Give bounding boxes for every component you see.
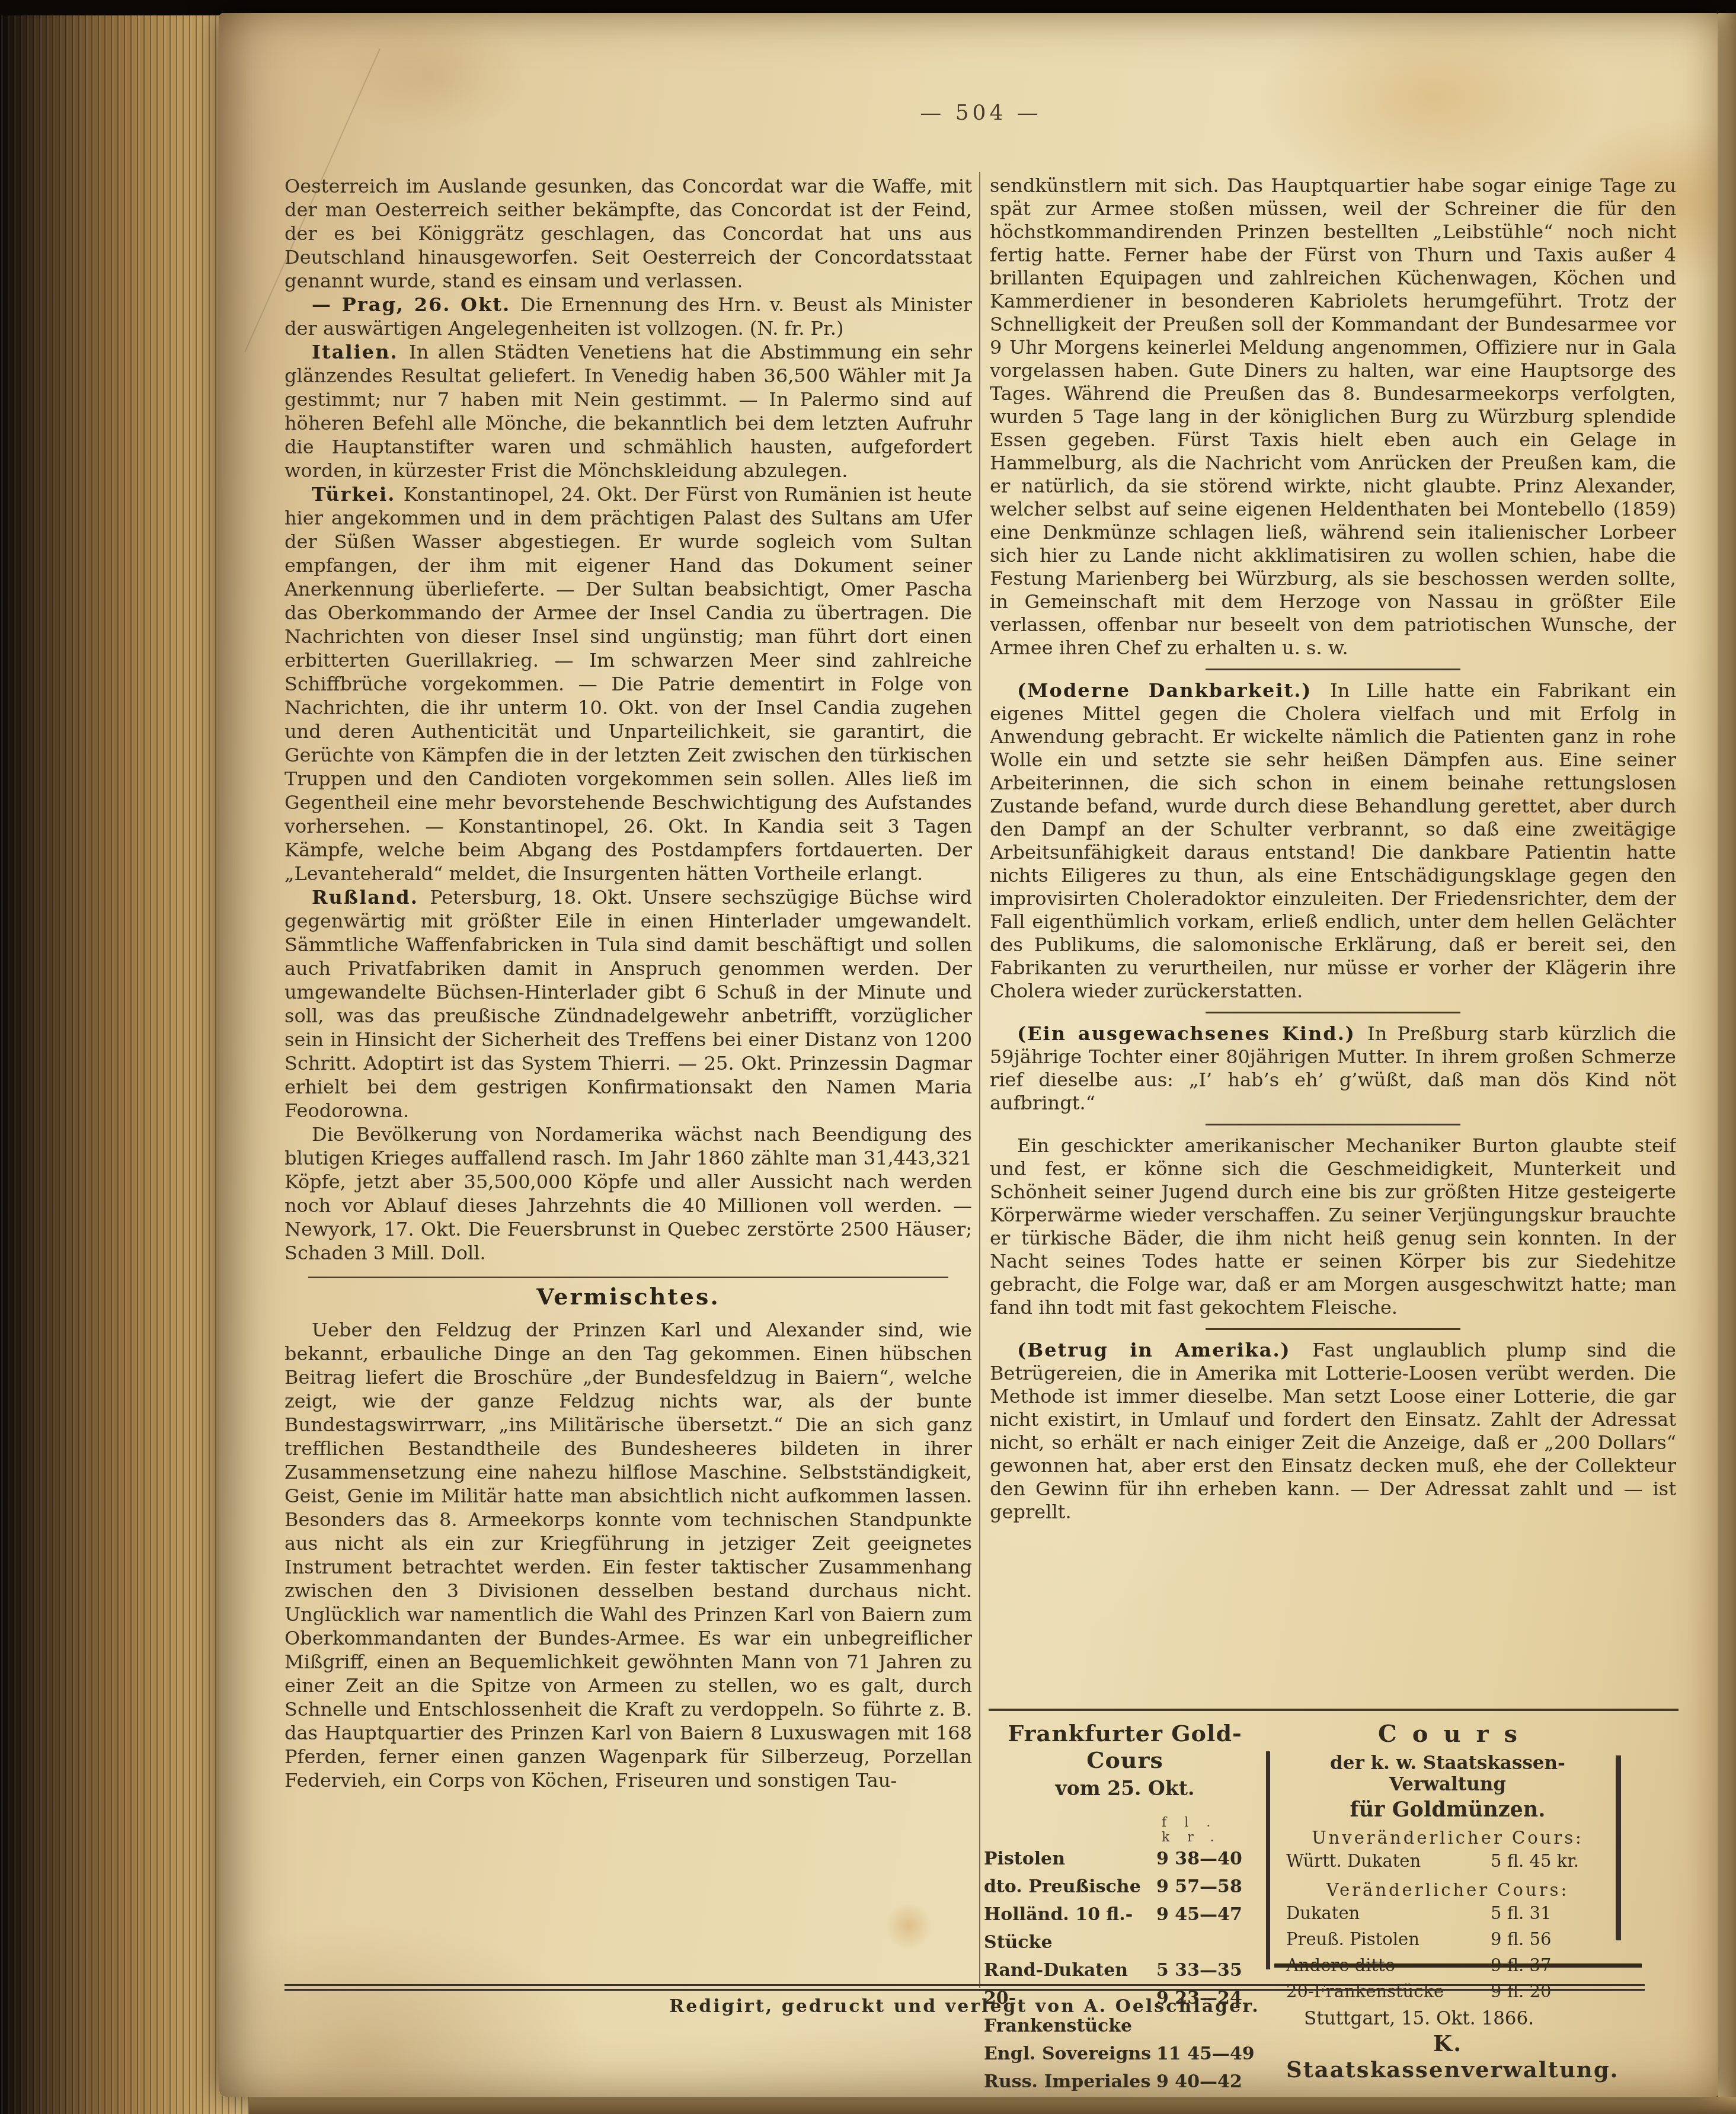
- item-divider-rule: [1206, 1012, 1460, 1013]
- scanned-newspaper-page: — 504 — Oesterreich im Auslande gesunken…: [0, 0, 1736, 2114]
- table-row: Rand-Dukaten5 33—35: [984, 1956, 1266, 1984]
- table-row: Württ. Dukaten5 fl. 45 kr.: [1286, 1848, 1609, 1874]
- staatskassen-subtitle1: der k. w. Staatskassen-Verwaltung: [1286, 1752, 1609, 1795]
- paragraph: Ein geschickter amerikanischer Mechanike…: [990, 1134, 1676, 1319]
- book-page-edges: [0, 0, 255, 2114]
- paragraph-text: Petersburg, 18. Okt. Unsere sechszügige …: [284, 886, 972, 1122]
- page-bottom-rule: [284, 1984, 1645, 1991]
- row-label: Pistolen: [984, 1845, 1156, 1873]
- row-value: 5 fl. 31: [1491, 1900, 1609, 1926]
- paragraph-text: sendkünstlern mit sich. Das Hauptquartie…: [990, 174, 1676, 659]
- section-heading: Vermischtes.: [284, 1285, 972, 1309]
- paragraph: (Betrug in Amerika.)Fast unglaublich plu…: [990, 1339, 1676, 1524]
- row-value: 5 33—35: [1156, 1956, 1266, 1984]
- staatskassen-bottom-rule: [1274, 1963, 1642, 1968]
- paragraph-lead: (Ein ausgewachsenes Kind.): [1017, 1022, 1367, 1045]
- paragraph-text: Fast unglaublich plump sind die Betrüger…: [990, 1339, 1676, 1523]
- paragraph: Italien.In allen Städten Venetiens hat d…: [284, 340, 972, 482]
- staatskassen-title: Cours: [1286, 1720, 1609, 1748]
- paragraph: Türkei.Konstantinopel, 24. Okt. Der Fürs…: [284, 482, 972, 885]
- right-column: sendkünstlern mit sich. Das Hauptquartie…: [990, 174, 1676, 1703]
- paragraph-text: Oesterreich im Auslande gesunken, das Co…: [284, 175, 972, 292]
- table-row: Preuß. Pistolen9 fl. 56: [1286, 1926, 1609, 1952]
- staatskassen-subtitle2: für Goldmünzen.: [1286, 1798, 1609, 1822]
- paragraph: (Moderne Dankbarkeit.)In Lille hatte ein…: [990, 679, 1676, 1003]
- row-label: Preuß. Pistolen: [1286, 1926, 1491, 1952]
- newspaper-page: — 504 — Oesterreich im Auslande gesunken…: [219, 13, 1718, 2097]
- row-value: 9 45—47: [1156, 1901, 1266, 1956]
- item-divider-rule: [1206, 1124, 1460, 1125]
- row-label: Holländ. 10 fl.-Stücke: [984, 1901, 1156, 1956]
- paragraph-text: Ueber den Feldzug der Prinzen Karl und A…: [284, 1319, 972, 1792]
- paragraph-text: Konstantinopel, 24. Okt. Der Fürst von R…: [284, 483, 972, 885]
- staatskassen-cours-table: Cours der k. w. Staatskassen-Verwaltung …: [1286, 1720, 1609, 2083]
- row-value: 9 57—58: [1156, 1873, 1266, 1901]
- row-label: Württ. Dukaten: [1286, 1848, 1491, 1874]
- paragraph-text: Ein geschickter amerikanischer Mechanike…: [990, 1134, 1676, 1319]
- item-divider-rule: [1206, 669, 1460, 670]
- page-right-edge: [1718, 13, 1736, 2099]
- paragraph-lead: Türkei.: [312, 483, 404, 506]
- gold-cours-table: Frankfurter Gold-Cours vom 25. Okt. fl. …: [984, 1720, 1266, 2096]
- row-value: 5 fl. 45 kr.: [1491, 1848, 1609, 1874]
- row-value: 11 45—49: [1156, 2040, 1266, 2068]
- gold-cours-date: vom 25. Okt.: [984, 1777, 1266, 1800]
- tables-top-rule: [989, 1709, 1679, 1711]
- row-value: 9 fl. 56: [1491, 1926, 1609, 1952]
- row-label: Engl. Sovereigns: [984, 2040, 1156, 2068]
- page-number: — 504 —: [284, 101, 1677, 125]
- paragraph-lead: Italien.: [312, 341, 409, 363]
- paragraph-text: Die Bevölkerung von Nordamerika wächst n…: [284, 1123, 972, 1264]
- left-column: Oesterreich im Auslande gesunken, das Co…: [284, 174, 972, 1982]
- row-label: Rand-Dukaten: [984, 1956, 1156, 1984]
- imprint-line: Redigirt, gedruckt und verlegt von A. Oe…: [284, 1996, 1645, 2017]
- staatskassen-signature: K. Staatskassenverwaltung.: [1286, 2030, 1609, 2083]
- paragraph-text: In Lille hatte ein Fabrikant ein eigenes…: [990, 679, 1676, 1002]
- row-label: dto. Preußische: [984, 1873, 1156, 1901]
- row-value: 9 40—42: [1156, 2068, 1266, 2096]
- paragraph: sendkünstlern mit sich. Das Hauptquartie…: [990, 174, 1676, 660]
- column-divider: [979, 172, 980, 1988]
- paragraph: Ueber den Feldzug der Prinzen Karl und A…: [284, 1318, 972, 1792]
- paragraph: Oesterreich im Auslande gesunken, das Co…: [284, 174, 972, 293]
- staatskassen-right-bar: [1616, 1755, 1621, 1940]
- page-bottom-edge: [249, 2097, 1736, 2114]
- paragraph: Rußland.Petersburg, 18. Okt. Unsere sech…: [284, 885, 972, 1122]
- fixed-cours-heading: Unveränderlicher Cours:: [1286, 1828, 1609, 1848]
- table-row: Holländ. 10 fl.-Stücke9 45—47: [984, 1901, 1266, 1956]
- row-value: 9 38—40: [1156, 1845, 1266, 1873]
- section-divider-rule: [308, 1277, 948, 1278]
- row-label: Russ. Imperiales: [984, 2068, 1156, 2096]
- paragraph: Die Bevölkerung von Nordamerika wächst n…: [284, 1122, 972, 1265]
- table-row: dto. Preußische9 57—58: [984, 1873, 1266, 1901]
- row-label: Dukaten: [1286, 1900, 1491, 1926]
- paragraph: — Prag, 26. Okt.Die Ernennung des Hrn. v…: [284, 293, 972, 340]
- paragraph-lead: — Prag, 26. Okt.: [312, 293, 520, 316]
- table-row: Russ. Imperiales9 40—42: [984, 2068, 1266, 2096]
- gold-cours-column-units: fl. kr.: [1162, 1815, 1266, 1845]
- variable-cours-heading: Veränderlicher Cours:: [1286, 1880, 1609, 1900]
- item-divider-rule: [1206, 1328, 1460, 1330]
- paragraph-lead: (Betrug in Amerika.): [1017, 1339, 1312, 1361]
- paragraph-lead: Rußland.: [312, 886, 430, 909]
- paragraph-lead: (Moderne Dankbarkeit.): [1017, 679, 1330, 702]
- table-row: Engl. Sovereigns11 45—49: [984, 2040, 1266, 2068]
- tables-vertical-divider: [1266, 1751, 1270, 1969]
- table-row: Pistolen9 38—40: [984, 1845, 1266, 1873]
- paragraph: (Ein ausgewachsenes Kind.)In Preßburg st…: [990, 1022, 1676, 1115]
- table-row: Dukaten5 fl. 31: [1286, 1900, 1609, 1926]
- gold-cours-title: Frankfurter Gold-Cours: [984, 1720, 1266, 1773]
